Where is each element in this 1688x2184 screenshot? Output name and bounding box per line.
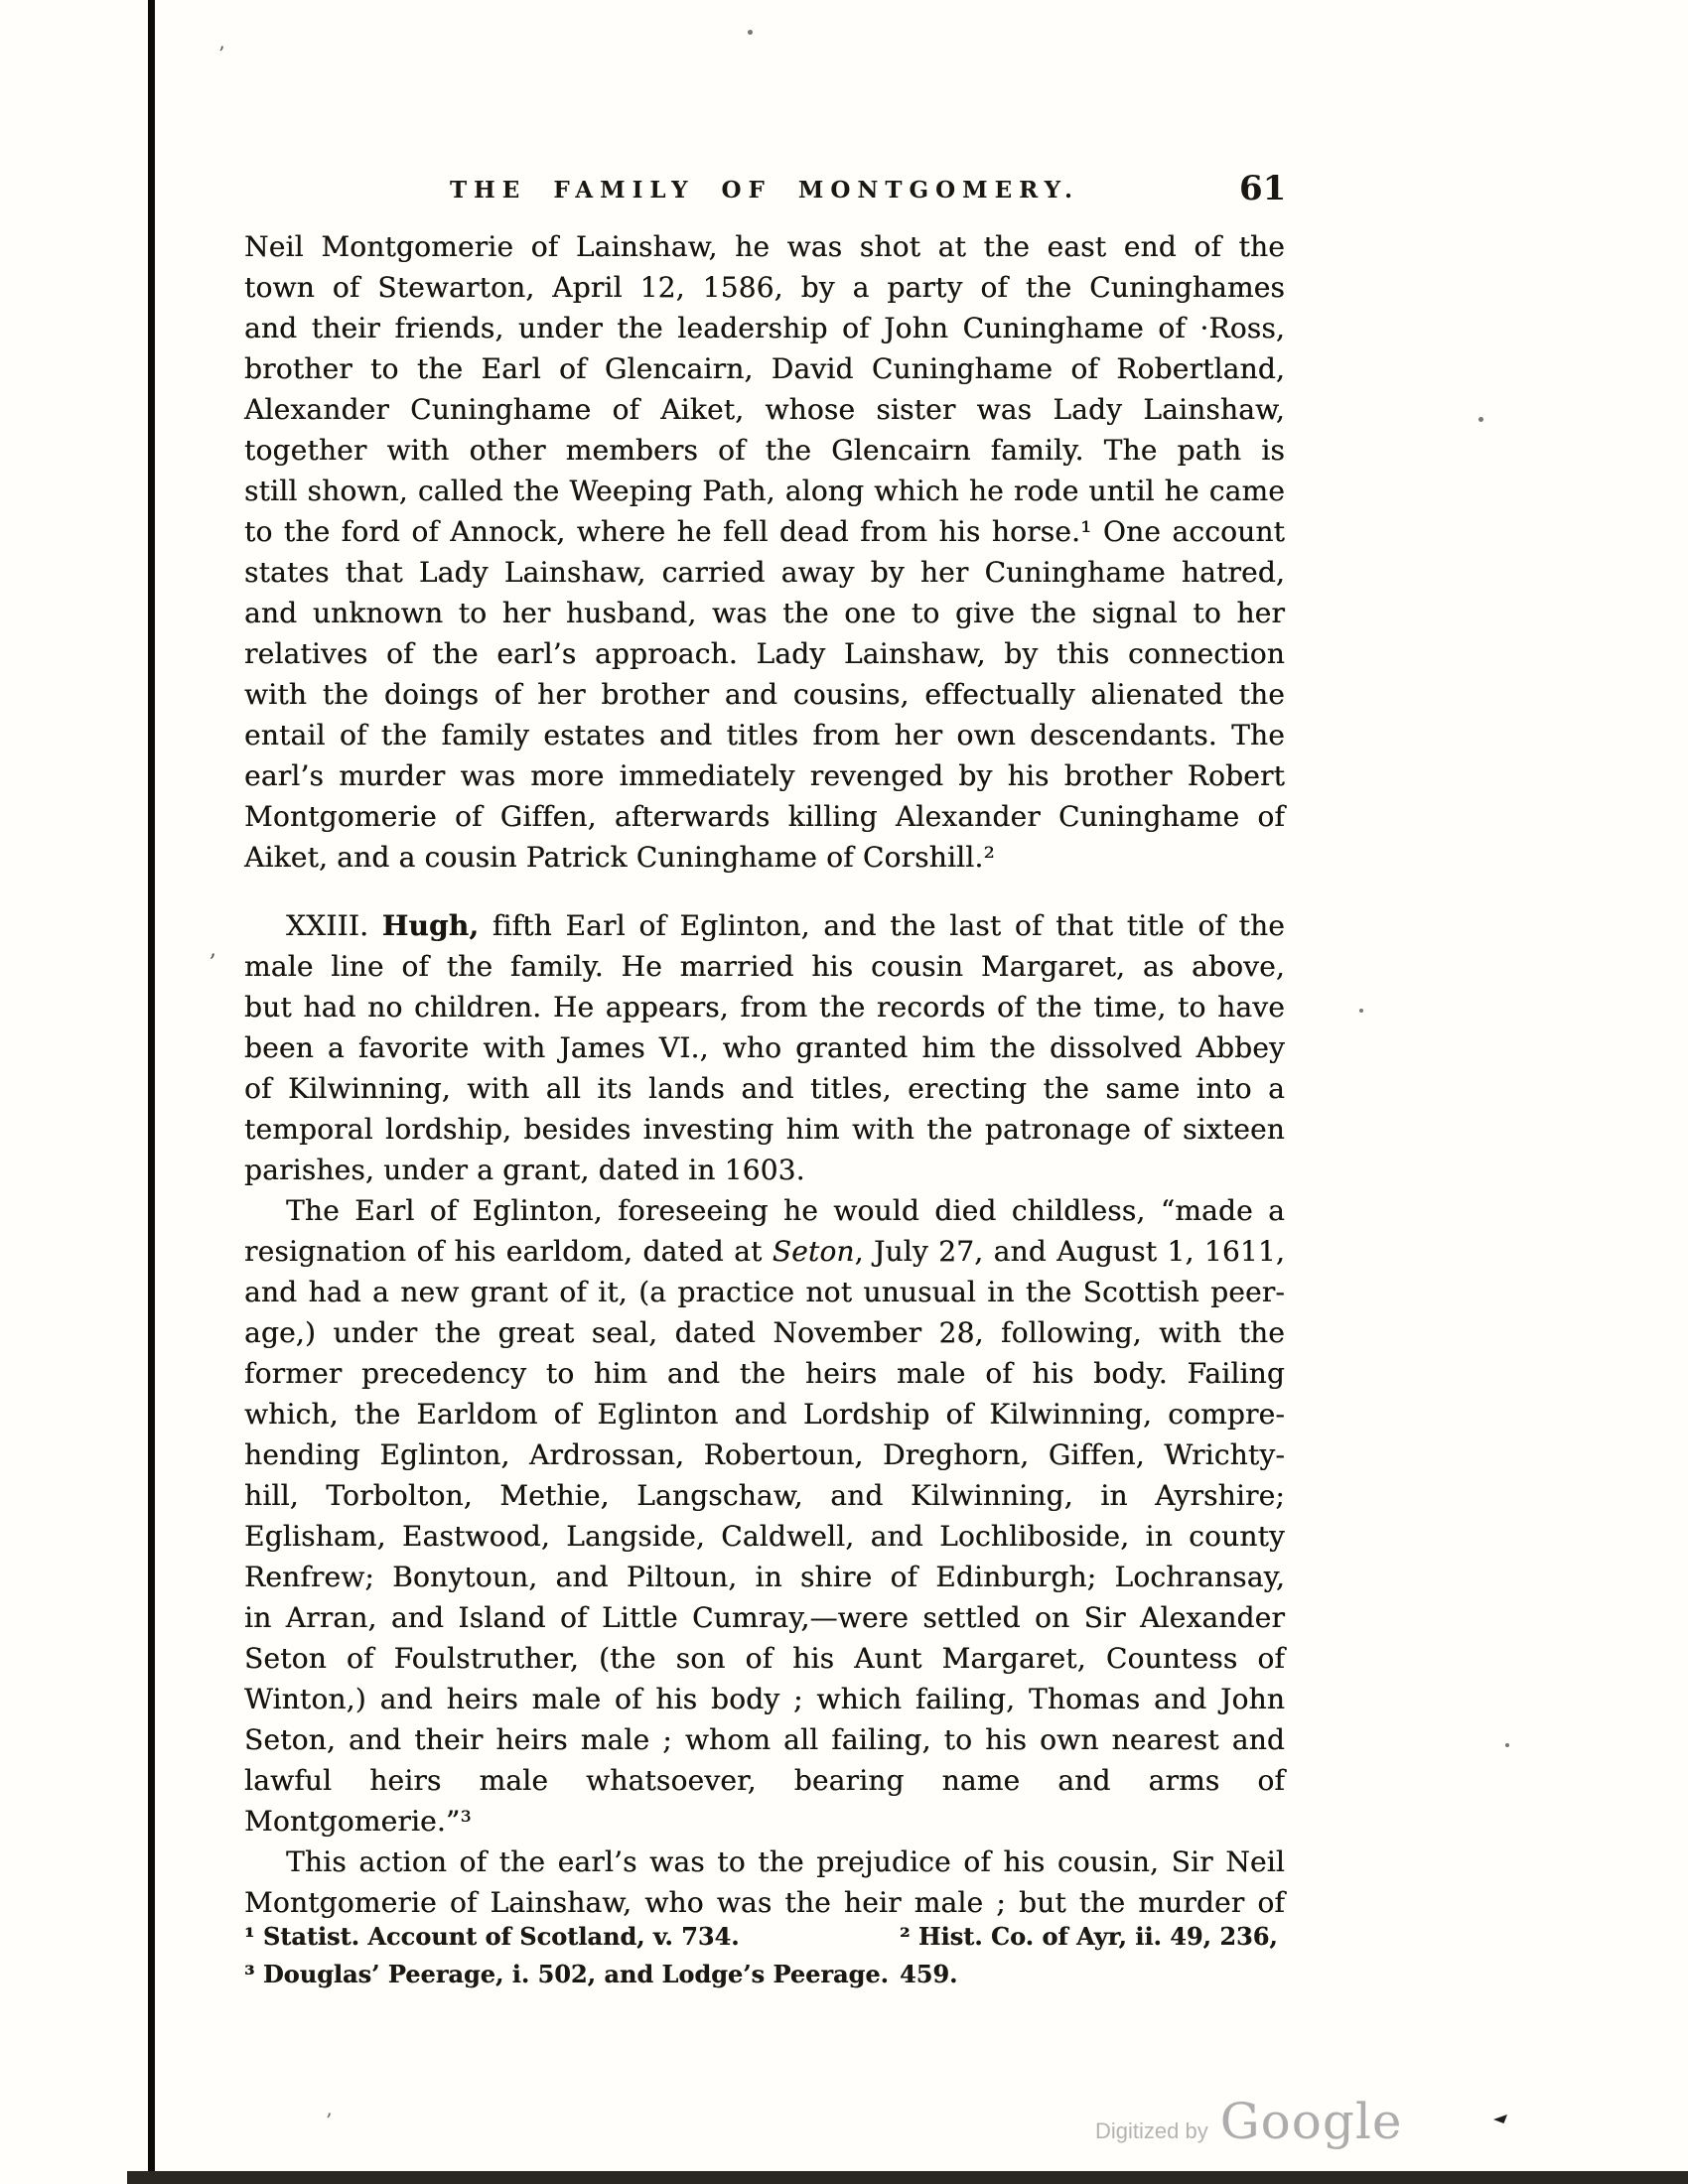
- text-line: and unknown to her husband, was the one …: [244, 593, 1285, 633]
- body-text: Neil Montgomerie of Lainshaw, he was sho…: [244, 226, 1285, 1923]
- text-line: resignation of his earldom, dated at Set…: [244, 1231, 1285, 1272]
- text-line: hending Eglinton, Ardrossan, Robertoun, …: [244, 1434, 1285, 1475]
- text-line: Eglisham, Eastwood, Langside, Caldwell, …: [244, 1516, 1285, 1557]
- text-line: lawful heirs male whatsoever, bearing na…: [244, 1760, 1285, 1842]
- scan-speck: ,: [210, 937, 216, 962]
- text-line: Alexander Cuninghame of Aiket, whose sis…: [244, 389, 1285, 430]
- running-header-title: THE FAMILY OF MONTGOMERY.: [244, 177, 1285, 204]
- text-line: Aiket, and a cousin Patrick Cuninghame o…: [244, 837, 1285, 878]
- scan-edge-bottom: [127, 2171, 1688, 2184]
- page-number: 61: [1239, 169, 1286, 208]
- paragraph-continuation: Neil Montgomerie of Lainshaw, he was sho…: [244, 226, 1285, 878]
- paragraph-this-action: This action of the earl’s was to the pre…: [244, 1842, 1285, 1923]
- scan-speck: [748, 30, 753, 35]
- scanned-book-page: THE FAMILY OF MONTGOMERY. 61 Neil Montgo…: [0, 0, 1688, 2184]
- plain-text: XXIII.: [286, 909, 382, 942]
- italic-text: Seton: [773, 1235, 855, 1268]
- text-line: hill, Torbolton, Methie, Langschaw, and …: [244, 1475, 1285, 1516]
- footnote-1: ¹ Statist. Account of Scotland, v. 734.: [244, 1922, 740, 1951]
- scan-speck: [1478, 417, 1483, 422]
- text-line: Montgomerie of Giffen, afterwards killin…: [244, 796, 1285, 837]
- watermark-prefix: Digitized by: [1095, 2118, 1208, 2144]
- text-line: but had no children. He appears, from th…: [244, 987, 1285, 1027]
- plain-text: fifth Earl of Eglinton, and the last of …: [479, 909, 1285, 942]
- text-line: Neil Montgomerie of Lainshaw, he was sho…: [244, 226, 1285, 267]
- text-line: with the doings of her brother and cousi…: [244, 674, 1285, 715]
- bold-text: Hugh,: [382, 909, 480, 942]
- text-line: Montgomerie of Lainshaw, who was the hei…: [244, 1882, 1285, 1923]
- text-line: which, the Earldom of Eglinton and Lords…: [244, 1394, 1285, 1434]
- text-line: male line of the family. He married his …: [244, 946, 1285, 987]
- footnote-row: ¹ Statist. Account of Scotland, v. 734. …: [244, 1918, 1285, 1956]
- plain-text: , July 27, and August 1, 1611,: [855, 1235, 1285, 1268]
- google-logo: Google: [1220, 2093, 1403, 2150]
- text-line: parishes, under a grant, dated in 1603.: [244, 1150, 1285, 1190]
- text-line: entail of the family estates and titles …: [244, 715, 1285, 755]
- text-line: temporal lordship, besides investing him…: [244, 1109, 1285, 1150]
- text-line: to the ford of Annock, where he fell dea…: [244, 511, 1285, 552]
- text-line: in Arran, and Island of Little Cumray,—w…: [244, 1597, 1285, 1638]
- text-line: This action of the earl’s was to the pre…: [244, 1842, 1285, 1882]
- text-line: XXIII. Hugh, fifth Earl of Eglinton, and…: [244, 905, 1285, 946]
- text-line: Seton of Foulstruther, (the son of his A…: [244, 1638, 1285, 1679]
- text-line: Renfrew; Bonytoun, and Piltoun, in shire…: [244, 1557, 1285, 1597]
- text-line: earl’s murder was more immediately reven…: [244, 755, 1285, 796]
- scan-speck: [1493, 2115, 1507, 2123]
- text-line: Winton,) and heirs male of his body ; wh…: [244, 1679, 1285, 1719]
- text-line: town of Stewarton, April 12, 1586, by a …: [244, 267, 1285, 308]
- text-line: brother to the Earl of Glencairn, David …: [244, 348, 1285, 389]
- footnote-row: ³ Douglas’ Peerage, i. 502, and Lodge’s …: [244, 1956, 1285, 1993]
- text-line: together with other members of the Glenc…: [244, 430, 1285, 471]
- scan-speck: ’: [326, 2109, 332, 2132]
- scan-speck: [1505, 1743, 1509, 1747]
- plain-text: resignation of his earldom, dated at: [244, 1235, 773, 1268]
- text-line: Seton, and their heirs male ; whom all f…: [244, 1719, 1285, 1760]
- text-line: still shown, called the Weeping Path, al…: [244, 471, 1285, 511]
- footnotes: ¹ Statist. Account of Scotland, v. 734. …: [244, 1918, 1285, 1993]
- text-line: been a favorite with James VI., who gran…: [244, 1027, 1285, 1068]
- text-line: age,) under the great seal, dated Novemb…: [244, 1312, 1285, 1353]
- scan-speck: [1359, 1009, 1363, 1013]
- text-line: The Earl of Eglinton, foreseeing he woul…: [244, 1190, 1285, 1231]
- scan-edge-left: [148, 0, 155, 2176]
- text-line: and their friends, under the leadership …: [244, 308, 1285, 348]
- text-line: relatives of the earl’s approach. Lady L…: [244, 633, 1285, 674]
- text-line: of Kilwinning, with all its lands and ti…: [244, 1068, 1285, 1109]
- text-line: and had a new grant of it, (a practice n…: [244, 1272, 1285, 1312]
- text-line: states that Lady Lainshaw, carried away …: [244, 552, 1285, 593]
- footnote-3: ³ Douglas’ Peerage, i. 502, and Lodge’s …: [244, 1960, 889, 1988]
- digitized-by-google-watermark: Digitized by Google: [1095, 2093, 1402, 2150]
- paragraph-earl-resignation: The Earl of Eglinton, foreseeing he woul…: [244, 1190, 1285, 1842]
- text-line: former precedency to him and the heirs m…: [244, 1353, 1285, 1394]
- scan-speck: ’: [218, 42, 224, 66]
- paragraph-xxiii-hugh: XXIII. Hugh, fifth Earl of Eglinton, and…: [244, 905, 1285, 1190]
